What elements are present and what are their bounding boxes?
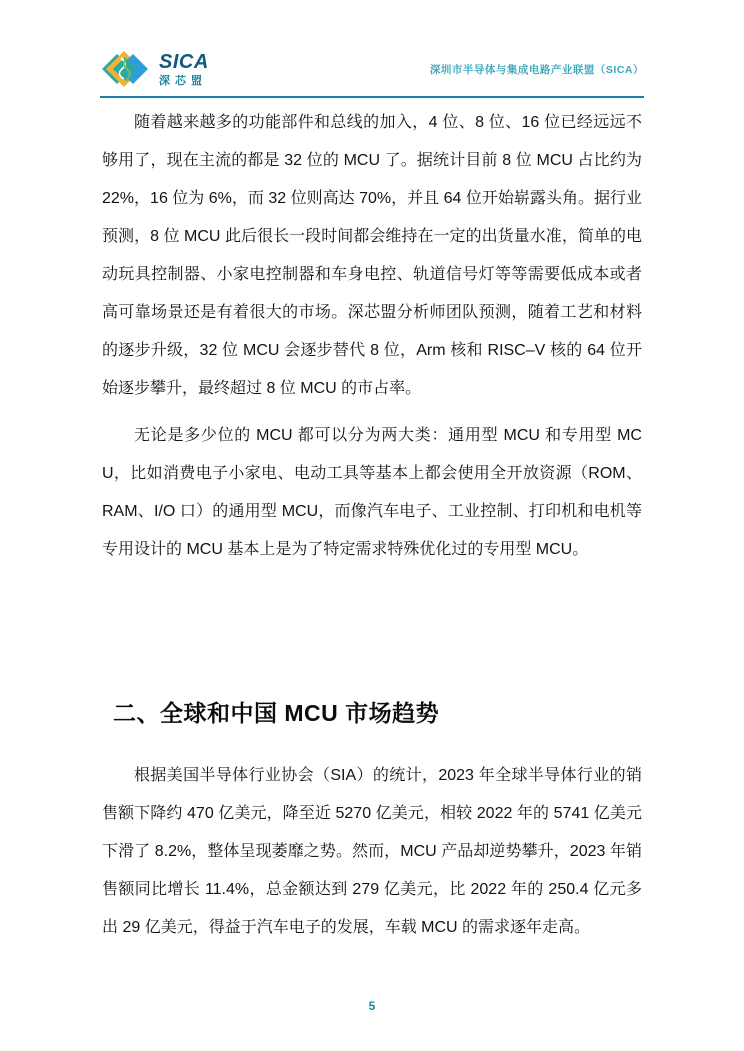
sica-logo: SICA 深芯盟 bbox=[102, 47, 209, 91]
section-heading: 二、全球和中国 MCU 市场趋势 bbox=[113, 697, 642, 729]
document-page: SICA 深芯盟 深圳市半导体与集成电路产业联盟（SICA） 随着越来越多的功能… bbox=[0, 0, 744, 1051]
sica-logo-icon bbox=[102, 47, 150, 91]
body-paragraph-3: 根据美国半导体行业协会（SIA）的统计，2023 年全球半导体行业的销售额下降约… bbox=[102, 757, 642, 947]
document-body: 随着越来越多的功能部件和总线的加入，4 位、8 位、16 位已经远远不够用了，现… bbox=[102, 98, 642, 947]
body-paragraph-1: 随着越来越多的功能部件和总线的加入，4 位、8 位、16 位已经远远不够用了，现… bbox=[102, 104, 642, 408]
header-org-name: 深圳市半导体与集成电路产业联盟（SICA） bbox=[430, 62, 644, 77]
logo-brand-subtitle: 深芯盟 bbox=[159, 76, 209, 87]
logo-brand-name: SICA bbox=[159, 52, 209, 72]
page-header: SICA 深芯盟 深圳市半导体与集成电路产业联盟（SICA） bbox=[102, 46, 644, 92]
body-paragraph-2: 无论是多少位的 MCU 都可以分为两大类：通用型 MCU 和专用型 MCU，比如… bbox=[102, 417, 642, 569]
page-number: 5 bbox=[0, 999, 744, 1013]
logo-text: SICA 深芯盟 bbox=[159, 52, 209, 87]
